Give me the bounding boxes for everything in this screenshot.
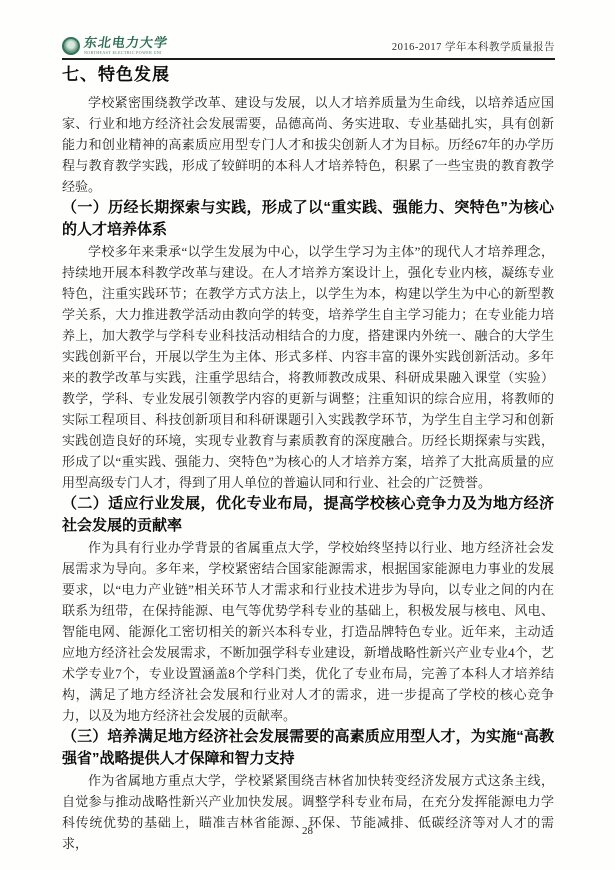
page-header: 东北电力大学 NORTHEAST ELECTRIC POWER UNIVERSI…	[62, 28, 555, 60]
subsection-heading-2: （二）适应行业发展，优化专业布局，提高学校核心竞争力及为地方经济社会发展的贡献率	[62, 493, 554, 537]
document-page: 东北电力大学 NORTHEAST ELECTRIC POWER UNIVERSI…	[0, 0, 615, 870]
university-emblem-icon	[62, 37, 80, 55]
subsection-heading-3: （三）培养满足地方经济社会发展需要的高素质应用型人才，为实施“高教强省”战略提供…	[62, 726, 554, 770]
subsection-heading-1: （一）历经长期探索与实践，形成了以“重实践、强能力、突特色”为核心的人才培养体系	[62, 197, 554, 241]
university-logo-text: 东北电力大学 NORTHEAST ELECTRIC POWER UNIVERSI…	[84, 36, 168, 55]
page-footer: 28	[0, 825, 615, 837]
university-logo: 东北电力大学 NORTHEAST ELECTRIC POWER UNIVERSI…	[62, 36, 168, 55]
university-name-en: NORTHEAST ELECTRIC POWER UNIVERSITY	[84, 51, 162, 55]
paragraph-subsection-2: 作为具有行业办学背景的省属重点大学，学校始终坚持以行业、地方经济社会发展需求为导…	[62, 537, 554, 726]
paragraph-subsection-1: 学校多年来秉承“以学生发展为中心，以学生学习为主体”的现代人才培养理念，持续地开…	[62, 241, 554, 493]
report-title: 2016-2017 学年本科教学质量报告	[392, 39, 555, 55]
document-body: 七、特色发展 学校紧密围绕教学改革、建设与发展，以人才培养质量为生命线，以培养适…	[62, 60, 554, 854]
university-name: 东北电力大学	[83, 36, 169, 49]
page-number: 28	[302, 825, 313, 837]
paragraph-intro: 学校紧密围绕教学改革、建设与发展，以人才培养质量为生命线，以培养适应国家、行业和…	[62, 92, 554, 197]
section-title: 七、特色发展	[62, 60, 554, 85]
paragraph-subsection-3: 作为省属地方重点大学，学校紧紧围绕吉林省加快转变经济发展方式这条主线，自觉参与推…	[62, 770, 554, 854]
